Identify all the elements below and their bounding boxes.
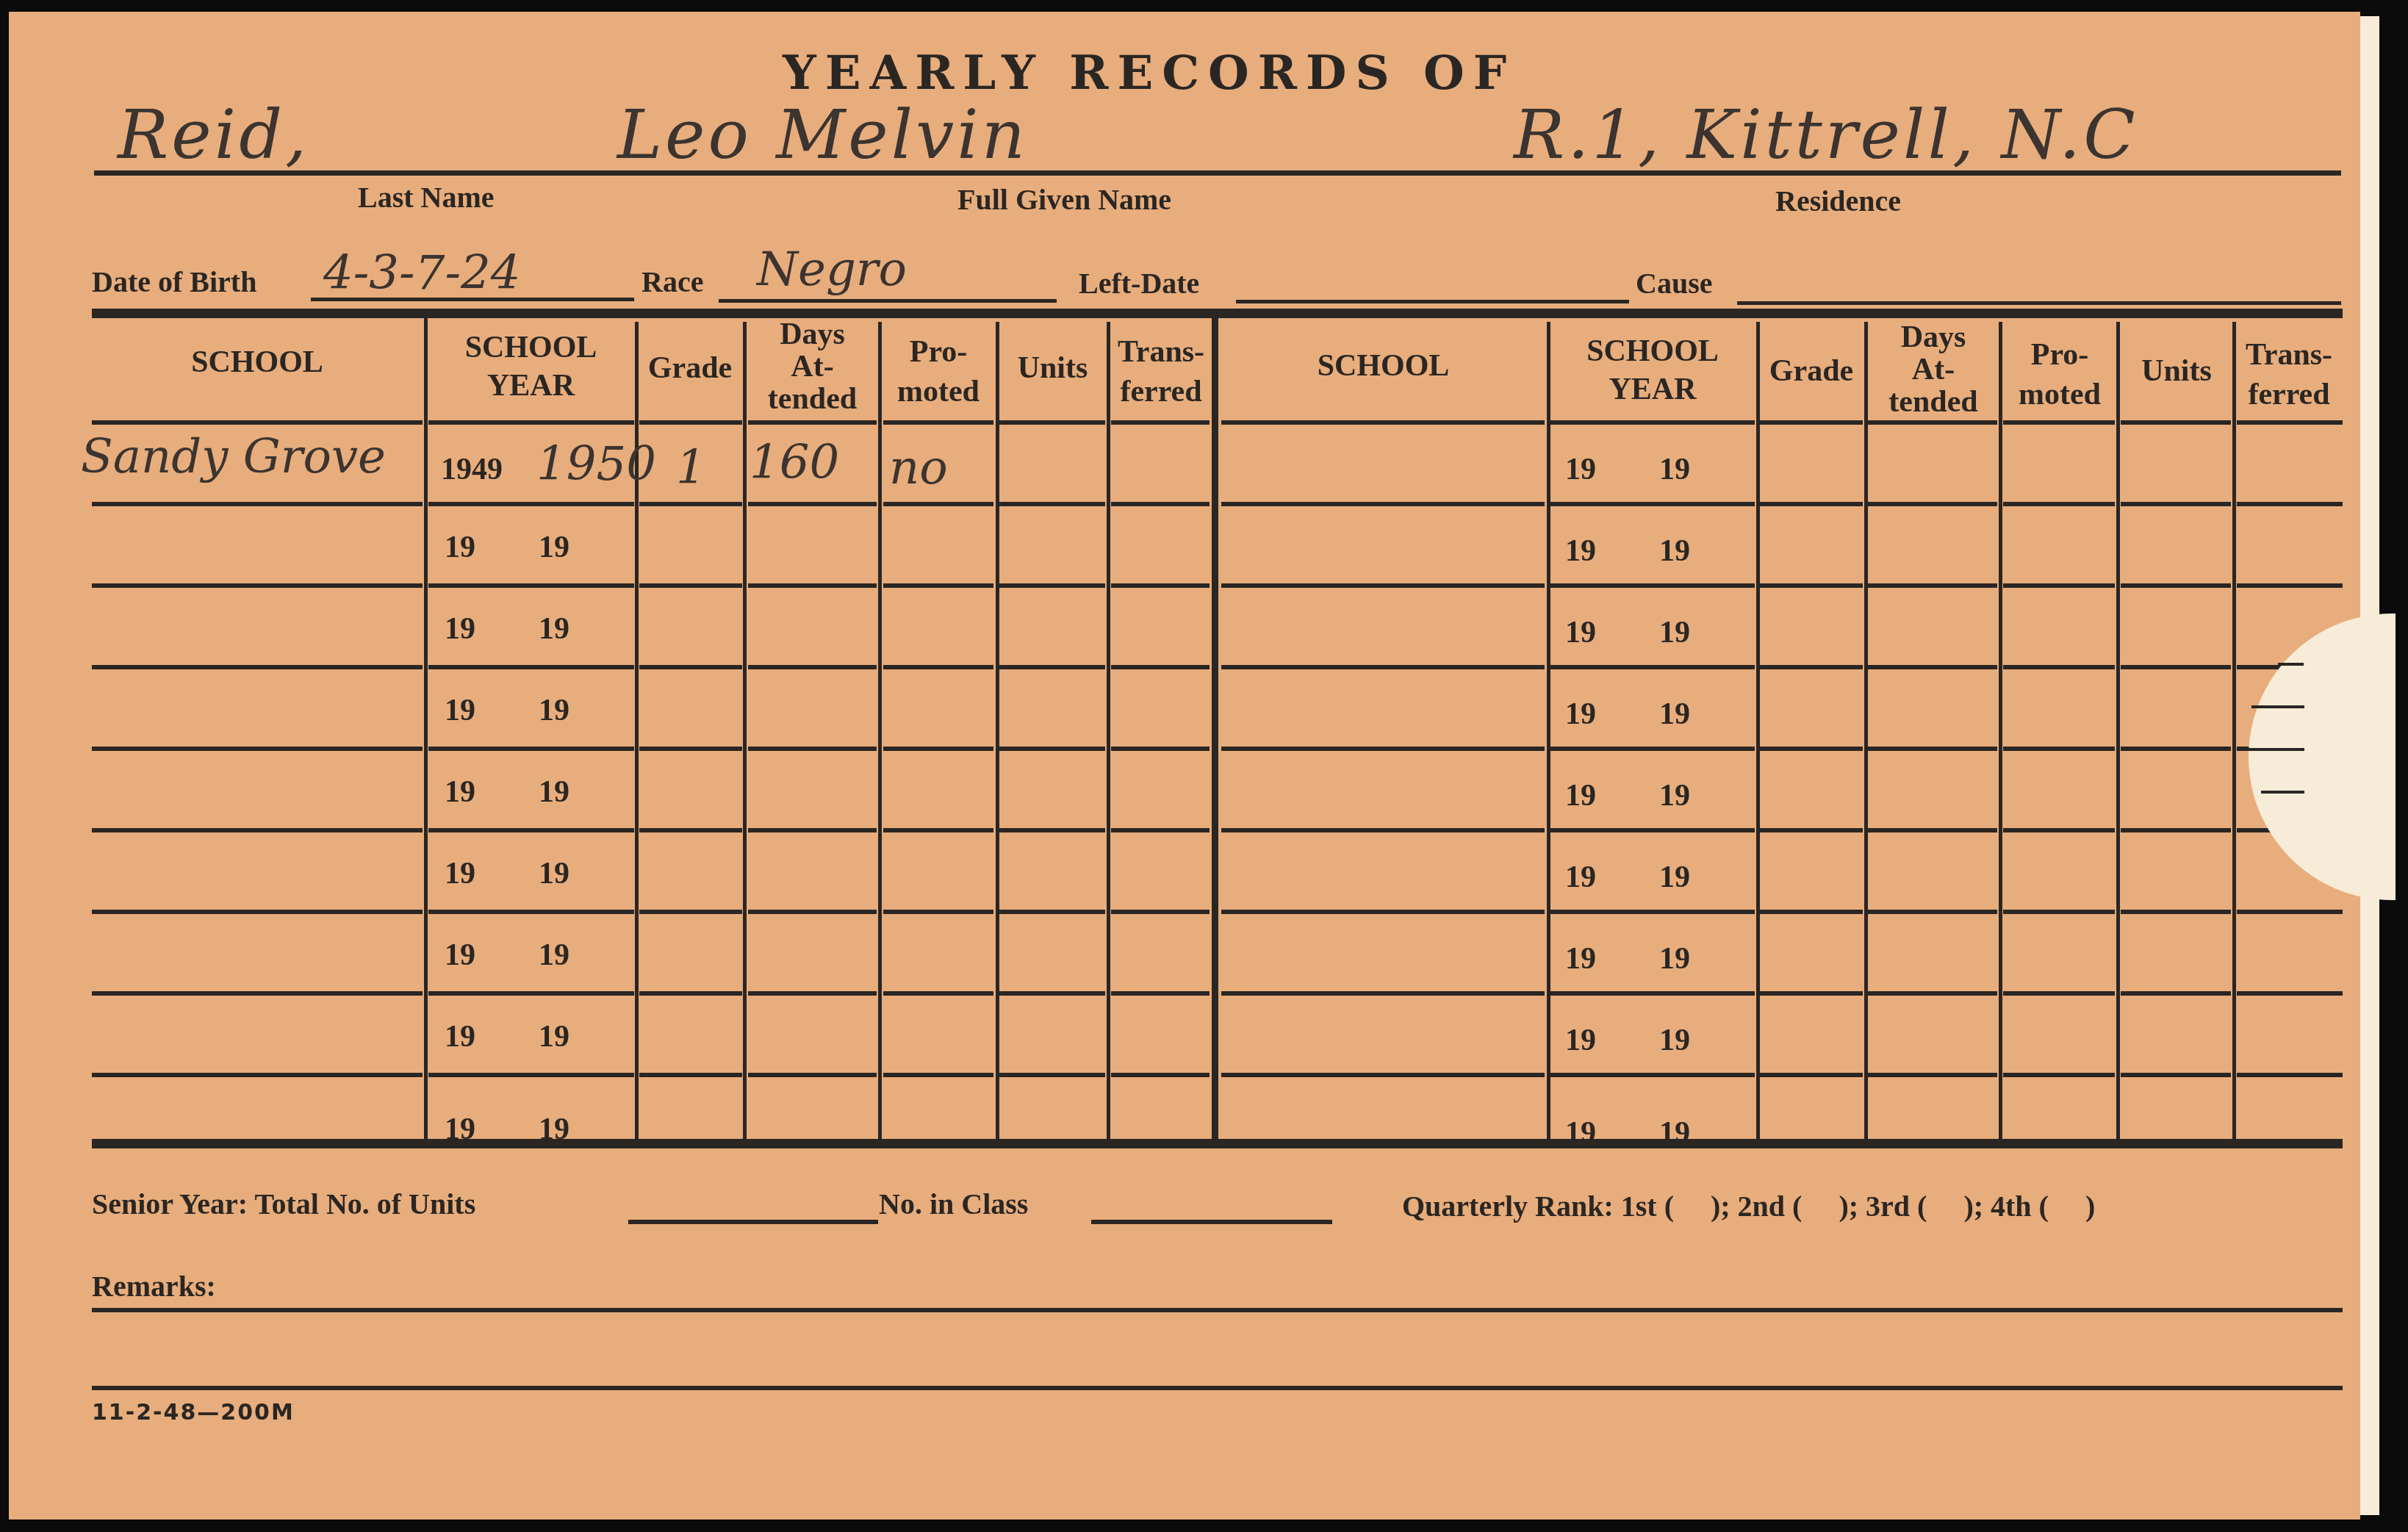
- given-name-label: Full Given Name: [957, 182, 1171, 217]
- remarks-line-1[interactable]: [92, 1308, 2343, 1312]
- year-to-cell[interactable]: 19: [1659, 1023, 1690, 1058]
- year-to-cell[interactable]: 19: [539, 530, 569, 565]
- race-value: Negro: [757, 242, 907, 297]
- grade-cell[interactable]: 1: [676, 441, 706, 495]
- header-days-3: tended: [745, 382, 880, 416]
- table-row[interactable]: [1220, 589, 2343, 671]
- header-promoted-1: Pro-: [881, 335, 996, 369]
- promoted-cell[interactable]: no: [889, 441, 948, 495]
- header-promoted-right-2: moted: [2002, 378, 2118, 411]
- form-code: 11-2-48—200M: [92, 1400, 295, 1425]
- senior-units-label: Senior Year: Total No. of Units: [92, 1187, 475, 1221]
- card-title: YEARLY RECORDS OF: [783, 46, 1515, 101]
- year-to-cell[interactable]: 19: [539, 774, 569, 810]
- dob-label: Date of Birth: [92, 265, 256, 299]
- year-to-cell[interactable]: 19: [539, 938, 569, 973]
- race-label: Race: [641, 265, 703, 299]
- header-school-year-right-1: SCHOOL: [1549, 334, 1756, 368]
- header-school-right: SCHOOL: [1220, 349, 1547, 383]
- remarks-label: Remarks:: [92, 1269, 216, 1303]
- year-from-cell[interactable]: 19: [445, 1019, 475, 1054]
- header-school-year-1: SCHOOL: [426, 331, 636, 364]
- header-transferred-1: Trans-: [1110, 335, 1212, 369]
- year-from-cell[interactable]: 19: [1565, 860, 1596, 895]
- class-size-label: No. in Class: [879, 1187, 1028, 1221]
- header-promoted-right-1: Pro-: [2002, 338, 2118, 372]
- table-bottom-rule: [92, 1139, 2343, 1148]
- year-from-cell[interactable]: 19: [1565, 697, 1596, 732]
- table-row[interactable]: [1220, 426, 2343, 508]
- year-to-cell[interactable]: 19: [1659, 615, 1690, 650]
- residence-value: R.1, Kittrell, N.C: [1514, 96, 2138, 174]
- table-row[interactable]: [92, 993, 1212, 1075]
- header-days-right-2: At-: [1866, 353, 2000, 386]
- year-from-cell[interactable]: 19: [445, 611, 475, 647]
- year-to-cell[interactable]: 19: [1659, 941, 1690, 977]
- table-row[interactable]: [1220, 834, 2343, 916]
- year-to-cell[interactable]: 19: [539, 693, 569, 728]
- cause-label: Cause: [1636, 266, 1712, 301]
- header-transferred-2: ferred: [1110, 375, 1212, 409]
- header-grade-right: Grade: [1758, 354, 1865, 388]
- last-name-label: Last Name: [358, 180, 495, 215]
- year-from-cell[interactable]: 19: [1565, 452, 1596, 487]
- class-size-field[interactable]: [1091, 1220, 1332, 1224]
- table-row[interactable]: [92, 912, 1212, 993]
- year-from-cell[interactable]: 19: [1565, 941, 1596, 977]
- year-to-cell[interactable]: 19: [1659, 533, 1690, 569]
- given-name-value: Leo Melvin: [617, 96, 1028, 174]
- notch-tick: [2278, 663, 2304, 666]
- header-top-rule: [92, 309, 2343, 318]
- year-to-cell[interactable]: 1950: [536, 437, 656, 492]
- header-promoted-2: moted: [881, 375, 996, 409]
- header-days-1: Days: [745, 317, 880, 351]
- row-rule: [2003, 420, 2115, 425]
- header-school: SCHOOL: [92, 345, 423, 379]
- row-rule: [1221, 420, 1545, 425]
- header-units-right: Units: [2119, 354, 2234, 388]
- residence-label: Residence: [1775, 184, 1901, 218]
- left-date-field[interactable]: [1236, 300, 1629, 303]
- center-divider: [1212, 318, 1218, 1141]
- header-school-year-2: YEAR: [426, 369, 636, 403]
- table-row[interactable]: [92, 504, 1212, 586]
- table-row[interactable]: [1220, 916, 2343, 997]
- table-row[interactable]: [1220, 671, 2343, 752]
- header-days-right-3: tended: [1866, 385, 2000, 419]
- table-row[interactable]: [1220, 508, 2343, 589]
- year-from-cell[interactable]: 19: [1565, 1023, 1596, 1058]
- table-row[interactable]: [92, 667, 1212, 749]
- dob-underline: [311, 298, 634, 301]
- header-units: Units: [997, 351, 1108, 385]
- year-from-cell[interactable]: 19: [445, 530, 475, 565]
- year-from-cell[interactable]: 19: [445, 938, 475, 973]
- last-name-value: Reid,: [118, 96, 309, 174]
- header-school-year-right-2: YEAR: [1549, 373, 1756, 406]
- cause-field[interactable]: [1737, 301, 2341, 305]
- year-from-cell[interactable]: 19: [445, 693, 475, 728]
- year-to-cell[interactable]: 19: [539, 1019, 569, 1054]
- year-to-cell[interactable]: 19: [1659, 778, 1690, 813]
- dob-value: 4-3-7-24: [323, 246, 520, 301]
- left-date-label: Left-Date: [1079, 266, 1199, 301]
- notch-tick: [2261, 791, 2304, 794]
- year-to-cell[interactable]: 19: [1659, 697, 1690, 732]
- notch-tick: [2251, 705, 2304, 708]
- header-transferred-right-2: ferred: [2235, 378, 2343, 411]
- table-row[interactable]: [92, 749, 1212, 830]
- row-rule: [1760, 420, 1863, 425]
- name-underline: [94, 170, 2341, 176]
- year-from-cell[interactable]: 19: [445, 856, 475, 891]
- year-from-cell[interactable]: 19: [1565, 778, 1596, 813]
- school-cell[interactable]: Sandy Grove: [81, 430, 386, 484]
- year-from-cell[interactable]: 1949: [441, 452, 503, 487]
- year-from-cell[interactable]: 19: [1565, 615, 1596, 650]
- senior-units-field[interactable]: [628, 1220, 878, 1224]
- remarks-line-2[interactable]: [92, 1386, 2343, 1390]
- table-row[interactable]: [92, 830, 1212, 912]
- row-rule: [2121, 420, 2231, 425]
- header-days-right-1: Days: [1866, 320, 2000, 354]
- table-row[interactable]: [1220, 752, 2343, 834]
- year-to-cell[interactable]: 19: [1659, 860, 1690, 895]
- header-transferred-right-1: Trans-: [2235, 338, 2343, 372]
- header-days-2: At-: [745, 350, 880, 384]
- year-from-cell[interactable]: 19: [445, 774, 475, 810]
- row-rule: [1868, 420, 1997, 425]
- table-row[interactable]: [92, 586, 1212, 667]
- year-from-cell[interactable]: 19: [1565, 533, 1596, 569]
- days-attended-cell[interactable]: 160: [750, 436, 839, 490]
- year-to-cell[interactable]: 19: [1659, 452, 1690, 487]
- year-to-cell[interactable]: 19: [539, 856, 569, 891]
- row-rule: [1550, 420, 1755, 425]
- race-underline: [719, 299, 1057, 303]
- notch-tick: [2246, 748, 2304, 751]
- year-to-cell[interactable]: 19: [539, 611, 569, 647]
- header-grade: Grade: [636, 351, 744, 385]
- table-row[interactable]: [1220, 997, 2343, 1079]
- row-rule: [2237, 420, 2343, 425]
- quarterly-rank[interactable]: Quarterly Rank: 1st ( ); 2nd ( ); 3rd ( …: [1402, 1189, 2095, 1223]
